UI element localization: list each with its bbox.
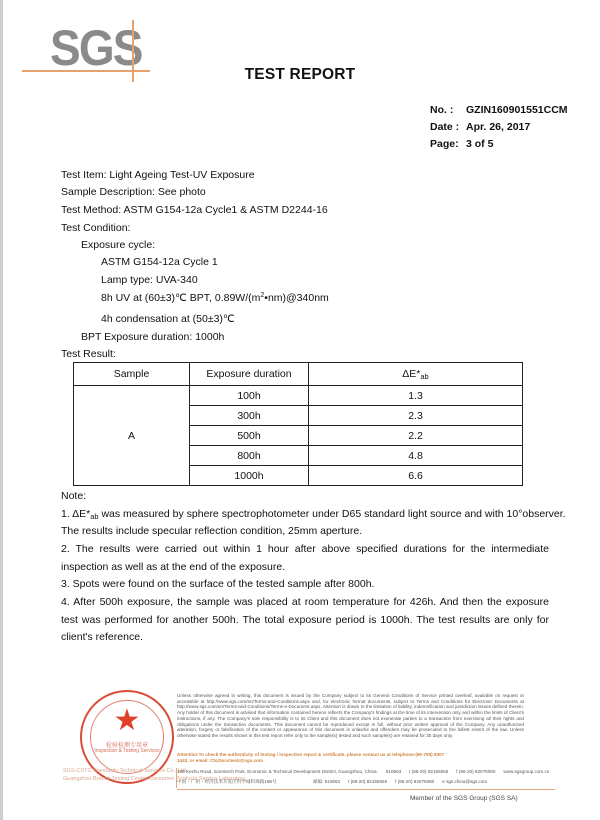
meta-label: Page: bbox=[430, 138, 466, 155]
sample-description: Sample Description: See photo bbox=[61, 186, 206, 199]
duration-cell: 500h bbox=[190, 426, 309, 446]
delta-e-subscript: ab bbox=[420, 372, 428, 381]
address-tel-cn: t (86-20) 82155555 bbox=[348, 779, 387, 785]
address-email: e sgs.china@sgs.com bbox=[442, 779, 487, 785]
note-1-start: 1. ΔE* bbox=[61, 508, 90, 520]
lamp-type: Lamp type: UVA-340 bbox=[101, 274, 198, 287]
note-3: 3. Spots were found on the surface of th… bbox=[61, 576, 374, 594]
address-street: 198 Kezhu Road, Scientech Park, Economic… bbox=[177, 769, 378, 774]
sample-cell: A bbox=[74, 386, 190, 486]
note-2: 2. The results were carried out within 1… bbox=[61, 541, 549, 576]
address-website: www.sgsgroup.com.cn bbox=[503, 769, 549, 774]
test-item: Test Item: Light Ageing Test-UV Exposure bbox=[61, 169, 255, 182]
exposure-cycle-label: Exposure cycle: bbox=[81, 239, 155, 252]
meta-label: Date : bbox=[430, 121, 466, 138]
test-method: Test Method: ASTM G154-12a Cycle1 & ASTM… bbox=[61, 204, 328, 217]
results-table: Sample Exposure duration ΔE*ab A 100h 1.… bbox=[73, 362, 523, 486]
bpt-duration: BPT Exposure duration: 1000h bbox=[81, 331, 224, 344]
condensation-condition: 4h condensation at (50±3)℃ bbox=[101, 313, 235, 326]
address-english: 198 Kezhu Road, Scientech Park, Economic… bbox=[177, 769, 557, 774]
delta-e-cell: 1.3 bbox=[309, 386, 523, 406]
report-date-row: Date : Apr. 26, 2017 bbox=[430, 121, 568, 138]
duration-cell: 100h bbox=[190, 386, 309, 406]
star-icon: ★ bbox=[82, 706, 172, 736]
note-1: 1. ΔE*ab was measured by sphere spectrop… bbox=[61, 506, 566, 524]
report-page-row: Page: 3 of 5 bbox=[430, 138, 568, 155]
note-1-subscript: ab bbox=[90, 512, 98, 521]
delta-e-symbol: ΔE* bbox=[402, 368, 420, 380]
address-chinese: 中国・广州・经济技术开发区科学城科珠路198号 邮编: 510663 t (86… bbox=[177, 779, 495, 785]
footer-divider bbox=[177, 789, 555, 790]
uv-condition-text: 8h UV at (60±3)℃ BPT, 0.89W/(m bbox=[101, 292, 260, 304]
cycle-name: ASTM G154-12a Cycle 1 bbox=[101, 256, 218, 269]
test-condition-label: Test Condition: bbox=[61, 222, 130, 235]
note-4: 4. After 500h exposure, the sample was p… bbox=[61, 594, 549, 647]
address-zip-cn: 邮编: 510663 bbox=[313, 779, 340, 785]
address-fax: f (86-20) 82075080 bbox=[456, 769, 495, 774]
meta-label: No. : bbox=[430, 104, 466, 121]
uv-condition-text-end: •nm)@340nm bbox=[264, 292, 329, 304]
header-delta-e: ΔE*ab bbox=[309, 363, 523, 386]
address-street-cn: 中国・广州・经济技术开发区科学城科珠路198号 bbox=[177, 779, 305, 785]
delta-e-cell: 4.8 bbox=[309, 446, 523, 466]
test-result-label: Test Result: bbox=[61, 348, 116, 361]
report-number-row: No. : GZIN160901551CCM bbox=[430, 104, 568, 121]
report-meta: No. : GZIN160901551CCM Date : Apr. 26, 2… bbox=[430, 104, 568, 155]
duration-cell: 300h bbox=[190, 406, 309, 426]
duration-cell: 1000h bbox=[190, 466, 309, 486]
delta-e-cell: 2.2 bbox=[309, 426, 523, 446]
note-label: Note: bbox=[61, 488, 86, 506]
authenticity-contact: 1443, or email: CN.Doccheck@sgs.com bbox=[177, 758, 537, 764]
uv-condition-superscript: 2 bbox=[260, 292, 264, 299]
table-row: A 100h 1.3 bbox=[74, 386, 523, 406]
address-tel: t (86-20) 82155555 bbox=[409, 769, 448, 774]
uv-condition: 8h UV at (60±3)℃ BPT, 0.89W/(m2•nm)@340n… bbox=[101, 292, 329, 306]
header-duration: Exposure duration bbox=[190, 363, 309, 386]
disclaimer-text: Unless otherwise agreed in writing, this… bbox=[177, 693, 524, 739]
note-1-line-2: The results include specular reflection … bbox=[61, 523, 362, 541]
note-1-text: was measured by sphere spectrophotometer… bbox=[99, 508, 566, 520]
page-edge bbox=[0, 0, 3, 820]
report-date: Apr. 26, 2017 bbox=[466, 121, 530, 138]
duration-cell: 800h bbox=[190, 446, 309, 466]
header-sample: Sample bbox=[74, 363, 190, 386]
address-fax-cn: f (86-20) 82075080 bbox=[395, 779, 434, 785]
table-header-row: Sample Exposure duration ΔE*ab bbox=[74, 363, 523, 386]
authenticity-notice: Attention:To check the authenticity of t… bbox=[177, 752, 537, 758]
report-title: TEST REPORT bbox=[0, 66, 600, 84]
report-number: GZIN160901551CCM bbox=[466, 104, 568, 121]
stamp-english-text: Inspection & Testing Services bbox=[82, 748, 172, 754]
page-number: 3 of 5 bbox=[466, 138, 493, 155]
delta-e-cell: 6.6 bbox=[309, 466, 523, 486]
sgs-member-text: Member of the SGS Group (SGS SA) bbox=[410, 795, 518, 802]
address-zip: 510663 bbox=[386, 769, 401, 774]
company-name: SGS-CSTC Standards Technical Services Co… bbox=[63, 768, 187, 774]
delta-e-cell: 2.3 bbox=[309, 406, 523, 426]
